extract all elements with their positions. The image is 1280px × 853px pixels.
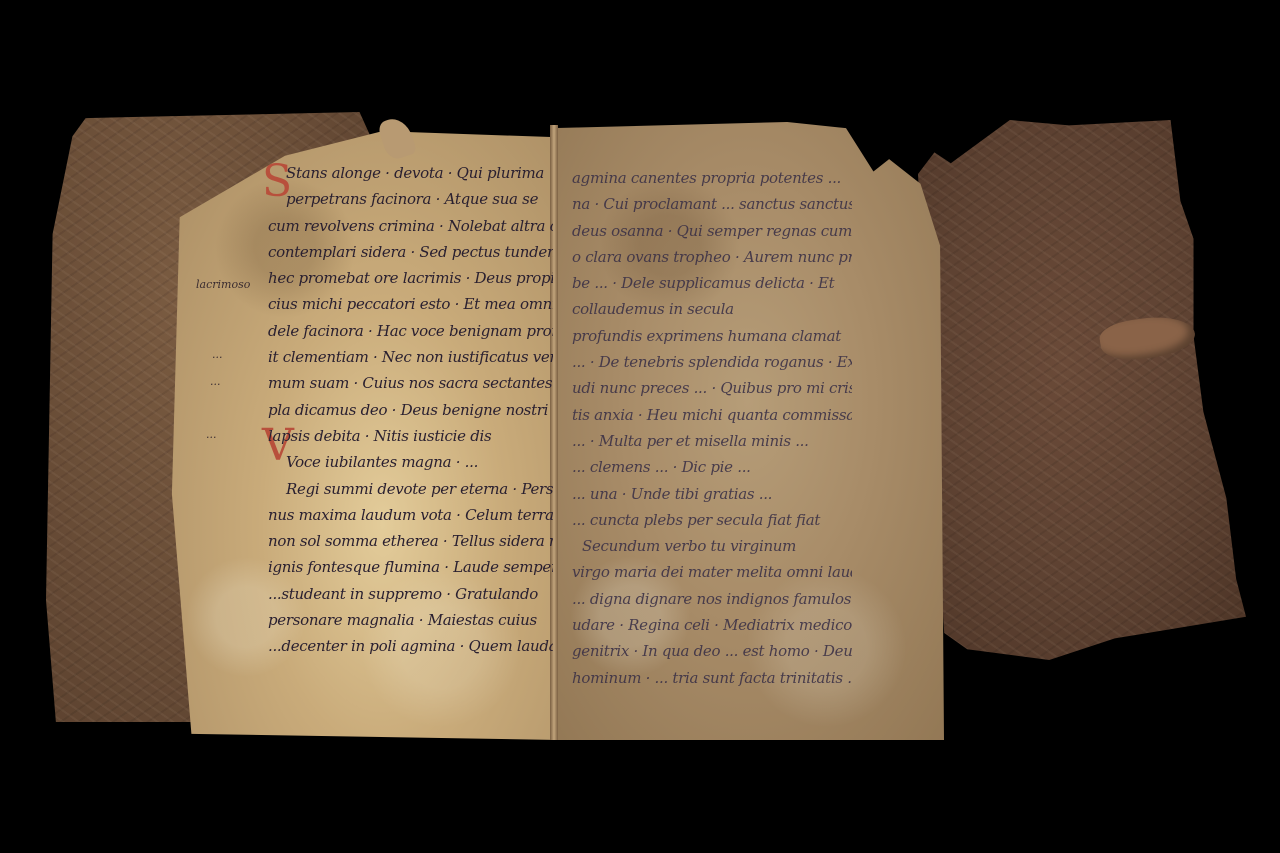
text-line: perpetrans facinora · Atque sua se — [268, 186, 553, 212]
text-line: ...studeant in suppremo · Gratulando — [268, 581, 553, 607]
text-line: udare · Regina celi · Mediatrix medicoru… — [572, 612, 852, 638]
text-line: hec promebat ore lacrimis · Deus propi — [268, 265, 553, 291]
text-line: cum revolvens crimina · Nolebat altra ce… — [268, 213, 553, 239]
text-line: cius michi peccatori esto · Et mea omnia… — [268, 291, 553, 317]
text-line: ... clemens ... · Dic pie ... — [572, 454, 852, 480]
text-line: pla dicamus deo · Deus benigne nostri mi… — [268, 397, 553, 423]
leather-cover-right-flap — [918, 120, 1246, 660]
text-line: ... una · Unde tibi gratias ... — [572, 481, 852, 507]
text-line: personare magnalia · Maiestas cuius — [268, 607, 553, 633]
text-line: Voce iubilantes magna · ... — [268, 449, 553, 475]
left-page-text: Stans alonge · devota · Qui plurima perp… — [268, 160, 553, 660]
margin-note: ... — [212, 348, 223, 361]
text-line: Regi summi devote per eterna · Persone — [268, 476, 553, 502]
text-line: na · Cui proclamant ... sanctus sanctus — [572, 191, 852, 217]
text-line: mum suam · Cuius nos sacra sectantes exe — [268, 370, 553, 396]
text-line: Stans alonge · devota · Qui plurima — [268, 160, 553, 186]
text-line: ignis fontesque flumina · Laude semper s… — [268, 554, 553, 580]
text-line: ... digna dignare nos indignos famulos t… — [572, 586, 852, 612]
text-line: ... · Multa per et misella minis ... — [572, 428, 852, 454]
text-line: it clementiam · Nec non iustificatus ven… — [268, 344, 553, 370]
text-line: contemplari sidera · Sed pectus tundens — [268, 239, 553, 265]
text-line: hominum · ... tria sunt facta trinitatis… — [572, 665, 852, 691]
margin-note: lacrimoso — [196, 278, 250, 291]
text-line: Secundum verbo tu virginum — [572, 533, 852, 559]
text-line: agmina canentes propria potentes ... — [572, 165, 852, 191]
leather-texture — [918, 120, 1246, 660]
text-line: collaudemus in secula — [572, 296, 852, 322]
text-line: non sol somma etherea · Tellus sidera ma… — [268, 528, 553, 554]
text-line: virgo maria dei mater melita omni laude … — [572, 559, 852, 585]
text-line: ... · De tenebris splendida roganus · Ex… — [572, 349, 852, 375]
text-line: dele facinora · Hac voce benignam promer… — [268, 318, 553, 344]
text-line: udi nunc preces ... · Quibus pro mi cris — [572, 375, 852, 401]
right-page-text: agmina canentes propria potentes ... na … — [572, 165, 852, 691]
text-line: be ... · Dele supplicamus delicta · Et — [572, 270, 852, 296]
text-line: tis anxia · Heu michi quanta commissa se… — [572, 402, 852, 428]
text-line: genitrix · In qua deo ... est homo · Deu… — [572, 638, 852, 664]
text-line: o clara ovans tropheo · Aurem nunc pre — [572, 244, 852, 270]
margin-note: ... — [210, 375, 221, 388]
text-line: lapsis debita · Nitis iusticie dis — [268, 423, 553, 449]
text-line: profundis exprimens humana clamat — [572, 323, 852, 349]
margin-note: ... — [206, 428, 217, 441]
text-line: ...decenter in poli agmina · Quem laudat — [268, 633, 553, 659]
text-line: nus maxima laudum vota · Celum terraque — [268, 502, 553, 528]
text-line: ... cuncta plebs per secula fiat fiat — [572, 507, 852, 533]
text-line: deus osanna · Qui semper regnas cum tu — [572, 218, 852, 244]
